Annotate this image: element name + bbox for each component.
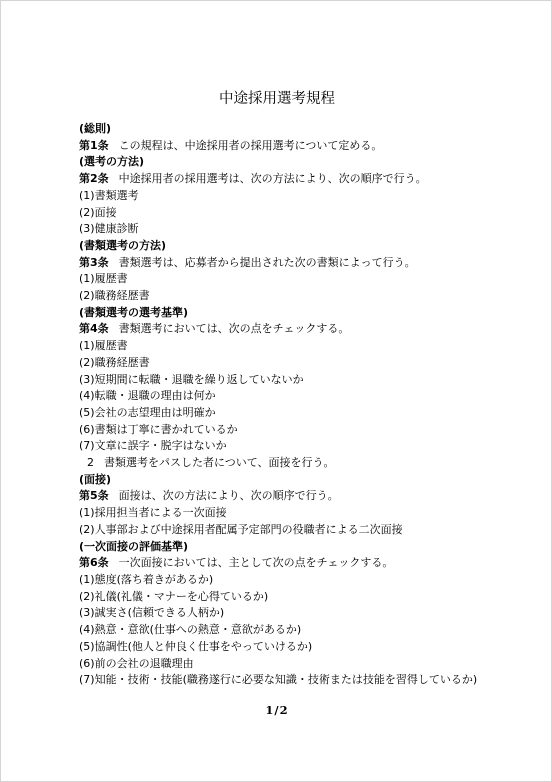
doc-line: (2)礼儀(礼儀・マナーを心得ているか): [79, 589, 475, 606]
line-text: (2)職務経歴書: [79, 356, 150, 369]
article-number: 第1条: [79, 139, 109, 152]
page-number: 1/2: [79, 702, 475, 718]
article-number: 第4条: [79, 322, 109, 335]
section-heading: (総則): [79, 121, 475, 138]
doc-line: (1)書類選考: [79, 188, 475, 205]
section-heading: (一次面接の評価基準): [79, 539, 475, 556]
article-number: 第2条: [79, 172, 109, 185]
line-text: (1)採用担当者による一次面接: [79, 506, 227, 519]
doc-line: 第4条書類選考においては、次の点をチェックする。: [79, 321, 475, 338]
line-text: 中途採用者の採用選考は、次の方法により、次の順序で行う。: [119, 172, 427, 185]
line-text: この規程は、中途採用者の採用選考について定める。: [119, 139, 383, 152]
section-heading: (書類選考の選考基準): [79, 305, 475, 322]
doc-line: (6)書類は丁寧に書かれているか: [79, 422, 475, 439]
doc-line: 2書類選考をパスした者について、面接を行う。: [79, 455, 475, 472]
section-heading: (書類選考の方法): [79, 238, 475, 255]
doc-line: (1)採用担当者による一次面接: [79, 505, 475, 522]
doc-line: (6)前の会社の退職理由: [79, 656, 475, 673]
document-body: (総則)第1条この規程は、中途採用者の採用選考について定める。(選考の方法)第2…: [79, 121, 475, 689]
article-number: 第6条: [79, 556, 109, 569]
document-page: 中途採用選考規程 (総則)第1条この規程は、中途採用者の採用選考について定める。…: [0, 0, 552, 782]
doc-line: (4)熱意・意欲(仕事への熱意・意欲があるか): [79, 622, 475, 639]
line-text: (4)転職・退職の理由は何か: [79, 389, 216, 402]
line-text: (1)態度(落ち着きがあるか): [79, 573, 213, 586]
doc-line: 第3条書類選考は、応募者から提出された次の書類によって行う。: [79, 255, 475, 272]
doc-line: (2)面接: [79, 205, 475, 222]
line-text: (7)知能・技術・技能(職務遂行に必要な知識・技術または技能を習得しているか): [79, 673, 477, 686]
doc-line: 第2条中途採用者の採用選考は、次の方法により、次の順序で行う。: [79, 171, 475, 188]
section-heading: (選考の方法): [79, 154, 475, 171]
line-text: (6)前の会社の退職理由: [79, 657, 194, 670]
line-text: (5)協調性(他人と仲良く仕事をやっていけるか): [79, 640, 312, 653]
doc-line: (5)協調性(他人と仲良く仕事をやっていけるか): [79, 639, 475, 656]
line-text: (面接): [79, 473, 111, 486]
line-text: (1)履歴書: [79, 339, 128, 352]
article-number: 第5条: [79, 489, 109, 502]
line-text: (書類選考の選考基準): [79, 306, 188, 319]
line-text: (総則): [79, 122, 111, 135]
doc-line: (7)知能・技術・技能(職務遂行に必要な知識・技術または技能を習得しているか): [79, 672, 475, 689]
line-text: (2)面接: [79, 206, 117, 219]
document-title: 中途採用選考規程: [79, 90, 475, 108]
doc-line: (3)短期間に転職・退職を繰り返していないか: [79, 372, 475, 389]
line-text: (7)文章に誤字・脱字はないか: [79, 439, 227, 452]
doc-line: (5)会社の志望理由は明確か: [79, 405, 475, 422]
article-number: 第3条: [79, 256, 109, 269]
line-text: (3)健康診断: [79, 222, 139, 235]
line-text: (選考の方法): [79, 155, 144, 168]
line-text: 面接は、次の方法により、次の順序で行う。: [119, 489, 339, 502]
line-text: (3)短期間に転職・退職を繰り返していないか: [79, 373, 304, 386]
doc-line: (4)転職・退職の理由は何か: [79, 388, 475, 405]
line-text: 書類選考は、応募者から提出された次の書類によって行う。: [119, 256, 416, 269]
doc-line: (1)履歴書: [79, 338, 475, 355]
doc-line: (7)文章に誤字・脱字はないか: [79, 438, 475, 455]
doc-line: 第5条面接は、次の方法により、次の順序で行う。: [79, 488, 475, 505]
line-text: (1)履歴書: [79, 272, 128, 285]
doc-line: (1)履歴書: [79, 271, 475, 288]
doc-line: (2)職務経歴書: [79, 355, 475, 372]
line-text: (5)会社の志望理由は明確か: [79, 406, 216, 419]
paragraph-number: 2: [79, 456, 94, 469]
doc-line: (2)職務経歴書: [79, 288, 475, 305]
doc-line: (3)健康診断: [79, 221, 475, 238]
line-text: (6)書類は丁寧に書かれているか: [79, 423, 238, 436]
line-text: (4)熱意・意欲(仕事への熱意・意欲があるか): [79, 623, 301, 636]
line-text: (1)書類選考: [79, 189, 139, 202]
line-text: 書類選考をパスした者について、面接を行う。: [104, 456, 335, 469]
line-text: (2)人事部および中途採用者配属予定部門の役職者による二次面接: [79, 523, 403, 536]
line-text: 一次面接においては、主として次の点をチェックする。: [119, 556, 394, 569]
line-text: 書類選考においては、次の点をチェックする。: [119, 322, 350, 335]
line-text: (一次面接の評価基準): [79, 540, 188, 553]
doc-line: 第1条この規程は、中途採用者の採用選考について定める。: [79, 138, 475, 155]
line-text: (3)誠実さ(信頼できる人柄か): [79, 606, 224, 619]
line-text: (2)職務経歴書: [79, 289, 150, 302]
doc-line: (2)人事部および中途採用者配属予定部門の役職者による二次面接: [79, 522, 475, 539]
section-heading: (面接): [79, 472, 475, 489]
line-text: (書類選考の方法): [79, 239, 166, 252]
doc-line: (3)誠実さ(信頼できる人柄か): [79, 605, 475, 622]
line-text: (2)礼儀(礼儀・マナーを心得ているか): [79, 590, 268, 603]
doc-line: (1)態度(落ち着きがあるか): [79, 572, 475, 589]
doc-line: 第6条一次面接においては、主として次の点をチェックする。: [79, 555, 475, 572]
